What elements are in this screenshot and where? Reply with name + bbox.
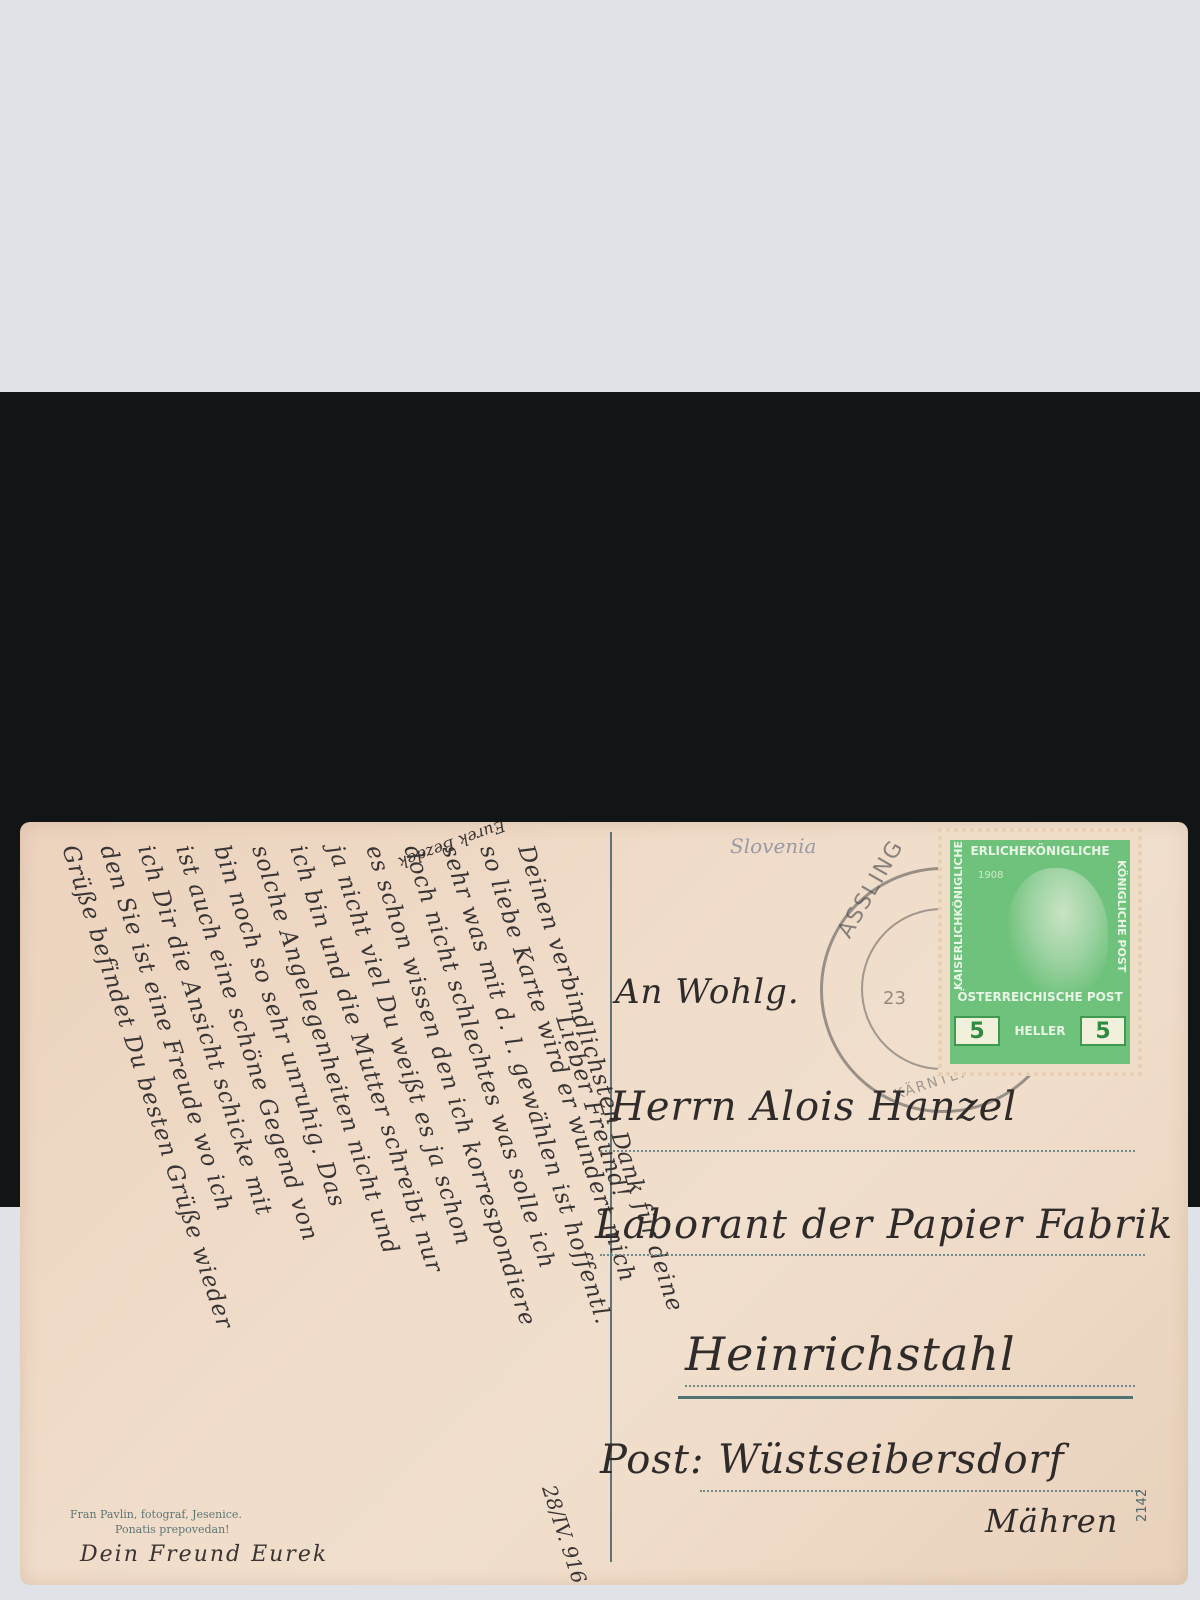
- message-date: 28/IV. 916.: [537, 1482, 593, 1585]
- signature: Dein Freund Eurek: [80, 1542, 328, 1567]
- postmark-date: 23: [883, 988, 906, 1009]
- card-serial-number: 2142: [1135, 1489, 1150, 1522]
- stamp-value-right: 5: [1080, 1016, 1126, 1046]
- stamp-year: 1908: [978, 870, 1003, 881]
- stamp-top-text: ERLICHEKÖNIGLICHE: [950, 844, 1130, 858]
- address-town: Heinrichstahl: [685, 1327, 1016, 1381]
- stamp-bottom-text: ÖSTERREICHISCHE POST: [950, 990, 1130, 1004]
- address-name: Herrn Alois Hanzel: [610, 1084, 1017, 1130]
- scan-background: Lieber Freund!Deinen verbindlichsten Dan…: [0, 392, 1200, 1207]
- address-post-office: Post: Wüstseibersdorf: [600, 1437, 1065, 1483]
- address-occupation: Laborant der Papier Fabrik: [595, 1202, 1173, 1248]
- address-salutation: An Wohlg.: [615, 972, 800, 1012]
- pencil-note: Slovenia: [730, 834, 816, 858]
- emperor-portrait-icon: [1008, 868, 1108, 996]
- printer-line-2: Ponatis prepovedan!: [70, 1522, 242, 1537]
- address-underline: [678, 1396, 1133, 1399]
- postcard: Lieber Freund!Deinen verbindlichsten Dan…: [20, 822, 1188, 1585]
- stamp-value-row: 5 HELLER 5: [954, 1016, 1126, 1046]
- stamp-right-text: KÖNIGLICHE POST: [1110, 860, 1128, 990]
- stamp-left-text: KAISERLICHKÖNIGLICHE: [952, 860, 970, 990]
- postage-stamp: ERLICHEKÖNIGLICHE KAISERLICHKÖNIGLICHE K…: [938, 828, 1142, 1076]
- stamp-currency: HELLER: [1015, 1024, 1066, 1038]
- address-dotted-line-2: [600, 1254, 1145, 1256]
- printer-line-1: Fran Pavlin, fotograf, Jesenice.: [70, 1507, 242, 1522]
- stamp-value-left: 5: [954, 1016, 1000, 1046]
- address-dotted-line-3: [685, 1385, 1135, 1387]
- stamp-face: ERLICHEKÖNIGLICHE KAISERLICHKÖNIGLICHE K…: [950, 840, 1130, 1064]
- printer-imprint: Fran Pavlin, fotograf, Jesenice. Ponatis…: [70, 1507, 242, 1537]
- address-dotted-line-1: [600, 1150, 1135, 1152]
- address-region: Mähren: [985, 1502, 1118, 1540]
- address-dotted-line-4: [700, 1490, 1140, 1492]
